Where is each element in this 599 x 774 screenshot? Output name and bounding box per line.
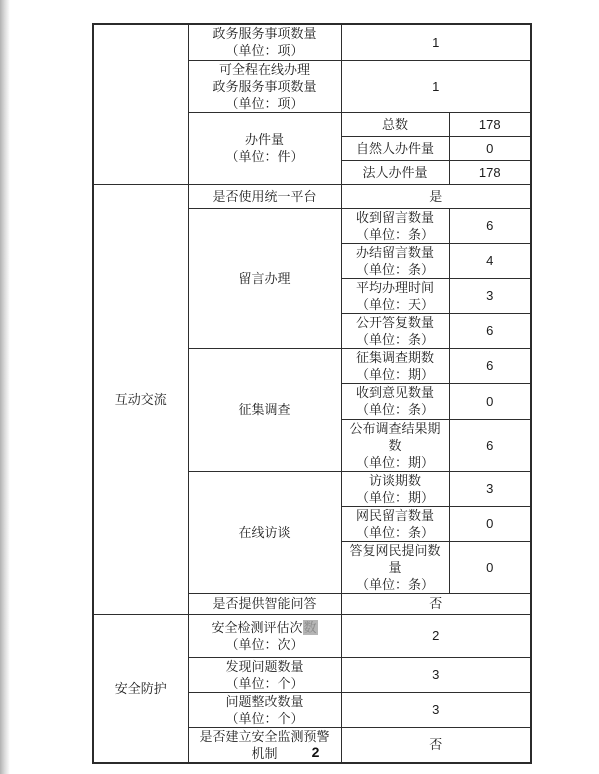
metric-label: 网民留言数量 bbox=[344, 507, 447, 524]
metric-value-cell: 1 bbox=[341, 24, 531, 60]
metric-value-cell: 178 bbox=[449, 112, 531, 136]
group-label: 办件量 bbox=[191, 131, 339, 148]
metric-value-cell: 是 bbox=[341, 184, 531, 208]
metric-label-cell: 办结留言数量 （单位：条） bbox=[341, 243, 449, 278]
metric-label-cell: 是否提供智能问答 bbox=[188, 593, 341, 614]
metric-label: 发现问题数量 bbox=[191, 658, 339, 675]
metric-label: 平均办理时间 bbox=[344, 279, 447, 296]
metric-label-cell: 网民留言数量 （单位：条） bbox=[341, 506, 449, 541]
metric-label-cell: 公开答复数量 （单位：条） bbox=[341, 313, 449, 348]
metric-value-cell: 3 bbox=[341, 692, 531, 727]
metric-value-cell: 4 bbox=[449, 243, 531, 278]
group-label-cell: 征集调查 bbox=[188, 348, 341, 471]
metric-label: 办结留言数量 bbox=[344, 244, 447, 261]
metric-value-cell: 6 bbox=[449, 208, 531, 243]
metric-unit: （单位：个） bbox=[191, 710, 339, 727]
metric-value-cell: 0 bbox=[449, 541, 531, 593]
metric-unit: （单位：期） bbox=[344, 454, 447, 471]
metric-value-cell: 6 bbox=[449, 313, 531, 348]
metric-label: 答复网民提问数量 bbox=[344, 542, 447, 576]
group-unit: （单位：件） bbox=[191, 148, 339, 165]
metric-value-cell: 3 bbox=[449, 471, 531, 506]
metric-unit: （单位：期） bbox=[344, 489, 447, 506]
metric-value-cell: 0 bbox=[449, 136, 531, 160]
metric-label-cell: 自然人办件量 bbox=[341, 136, 449, 160]
metric-label-cell: 安全检测评估次数 （单位：次） bbox=[188, 614, 341, 657]
metric-value-cell: 3 bbox=[341, 657, 531, 692]
metric-label: 公布调查结果期数 bbox=[344, 420, 447, 454]
metric-label: 安全检测评估次数 bbox=[191, 619, 339, 636]
metric-unit: （单位：项） bbox=[191, 95, 339, 112]
metric-value-cell: 0 bbox=[449, 506, 531, 541]
metric-label-cell: 法人办件量 bbox=[341, 160, 449, 184]
metric-label-cell: 是否使用统一平台 bbox=[188, 184, 341, 208]
metric-label-cell: 政务服务事项数量 （单位：项） bbox=[188, 24, 341, 60]
group-label-cell: 在线访谈 bbox=[188, 471, 341, 593]
metric-unit: （单位：个） bbox=[191, 675, 339, 692]
category-cell-empty bbox=[93, 24, 188, 184]
metric-label-cell: 问题整改数量 （单位：个） bbox=[188, 692, 341, 727]
metric-label: 政务服务事项数量 bbox=[191, 25, 339, 42]
metric-label: 公开答复数量 bbox=[344, 314, 447, 331]
group-label-cell: 留言办理 bbox=[188, 208, 341, 348]
metric-value-cell: 6 bbox=[449, 419, 531, 471]
metric-value-cell: 3 bbox=[449, 278, 531, 313]
metric-label-cell: 征集调查期数 （单位：期） bbox=[341, 348, 449, 383]
metric-unit: （单位：天） bbox=[344, 296, 447, 313]
metric-unit: （单位：期） bbox=[344, 366, 447, 383]
page-number: 2 bbox=[16, 744, 599, 760]
metric-label-cell: 访谈期数 （单位：期） bbox=[341, 471, 449, 506]
smudged-character: 数 bbox=[303, 620, 318, 635]
metric-value-cell: 178 bbox=[449, 160, 531, 184]
metric-value-cell: 1 bbox=[341, 60, 531, 112]
metric-label: 收到留言数量 bbox=[344, 209, 447, 226]
metric-label-cell: 收到意见数量 （单位：条） bbox=[341, 383, 449, 419]
metric-label-cell: 可全程在线办理 政务服务事项数量 （单位：项） bbox=[188, 60, 341, 112]
metric-value-cell: 2 bbox=[341, 614, 531, 657]
metric-label: 征集调查期数 bbox=[344, 349, 447, 366]
metric-unit: （单位：条） bbox=[344, 331, 447, 348]
metric-unit: （单位：条） bbox=[344, 401, 447, 418]
metric-label-cell: 收到留言数量 （单位：条） bbox=[341, 208, 449, 243]
government-disclosure-table: 政务服务事项数量 （单位：项） 1 可全程在线办理 政务服务事项数量 （单位：项… bbox=[92, 23, 532, 764]
metric-unit: （单位：条） bbox=[344, 524, 447, 541]
metric-unit: （单位：项） bbox=[191, 42, 339, 59]
metric-label: 可全程在线办理 bbox=[191, 61, 339, 78]
metric-value-cell: 0 bbox=[449, 383, 531, 419]
metric-label-cell: 发现问题数量 （单位：个） bbox=[188, 657, 341, 692]
group-label-cell: 办件量 （单位：件） bbox=[188, 112, 341, 184]
metric-label-cell: 总数 bbox=[341, 112, 449, 136]
metric-label-cell: 答复网民提问数量 （单位：条） bbox=[341, 541, 449, 593]
scan-edge-shadow bbox=[0, 0, 10, 774]
metric-label: 政务服务事项数量 bbox=[191, 78, 339, 95]
metric-unit: （单位：次） bbox=[191, 636, 339, 653]
metric-label-text: 安全检测评估次 bbox=[211, 620, 302, 635]
metric-unit: （单位：条） bbox=[344, 261, 447, 278]
metric-label: 访谈期数 bbox=[344, 472, 447, 489]
metric-unit: （单位：条） bbox=[344, 226, 447, 243]
category-cell-interaction: 互动交流 bbox=[93, 184, 188, 614]
metric-label-cell: 公布调查结果期数 （单位：期） bbox=[341, 419, 449, 471]
metric-value-cell: 6 bbox=[449, 348, 531, 383]
metric-label: 收到意见数量 bbox=[344, 384, 447, 401]
metric-label: 问题整改数量 bbox=[191, 693, 339, 710]
metric-label-cell: 平均办理时间 （单位：天） bbox=[341, 278, 449, 313]
metric-label: 是否建立安全监测预警 bbox=[191, 728, 339, 745]
metric-value-cell: 否 bbox=[341, 593, 531, 614]
category-cell-security: 安全防护 bbox=[93, 614, 188, 763]
metric-unit: （单位：条） bbox=[344, 576, 447, 593]
